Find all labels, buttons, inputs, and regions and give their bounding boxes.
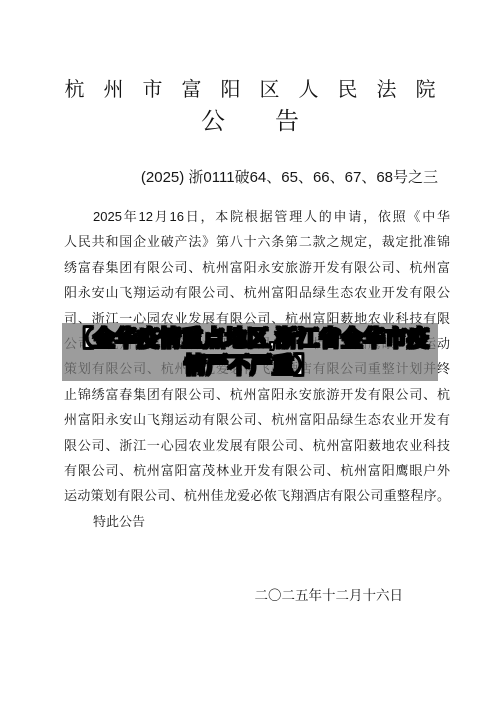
closing-line: 特此公告 xyxy=(64,509,450,534)
caption-overlay-band: 【金华疫情重点地区,浙江省金华市疫 情严不严重】 xyxy=(62,323,438,381)
date-line: 二〇二五年十二月十六日 xyxy=(64,583,403,608)
body-line: 绣富春集团有限公司、杭州富阳永安旅游开发有限公司、杭州富 xyxy=(64,255,450,280)
body-line: 止锦绣富春集团有限公司、杭州富阳永安旅游开发有限公司、杭 xyxy=(64,382,450,407)
court-notice-document: 杭 州 市 富 阳 区 人 民 法 院 公 告 (2025) 浙0111破64、… xyxy=(0,0,500,706)
case-number: (2025) 浙0111破64、65、66、67、68号之三 xyxy=(64,168,438,188)
caption-line-2: 情严不严重】 xyxy=(184,352,316,379)
body-line: 州富阳永安山飞翔运动有限公司、杭州富阳品绿生态农业开发有 xyxy=(64,407,450,432)
body-line: 阳永安山飞翔运动有限公司、杭州富阳品绿生态农业开发有限公 xyxy=(64,280,450,305)
body-line: 有限公司、杭州富阳富茂林业开发有限公司、杭州富阳鹰眼户外 xyxy=(64,458,450,483)
notice-title-char-1: 公 xyxy=(201,107,225,137)
body-line: 运动策划有限公司、杭州佳龙爱必侬飞翔酒店有限公司重整程序。 xyxy=(64,483,450,508)
body-line: 人民共和国企业破产法》第八十六条第二款之规定，裁定批准锦 xyxy=(64,229,450,254)
notice-title: 公 告 xyxy=(0,107,500,137)
body-line: 限公司、浙江一心园农业发展有限公司、杭州富阳薮地农业科技 xyxy=(64,433,450,458)
body-line: 2025年12月16日，本院根据管理人的申请，依照《中华 xyxy=(64,204,450,229)
notice-title-char-2: 告 xyxy=(275,107,299,137)
court-name-heading: 杭 州 市 富 阳 区 人 民 法 院 xyxy=(0,76,500,104)
caption-line-1: 【金华疫情重点地区,浙江省金华市疫 xyxy=(71,325,429,352)
